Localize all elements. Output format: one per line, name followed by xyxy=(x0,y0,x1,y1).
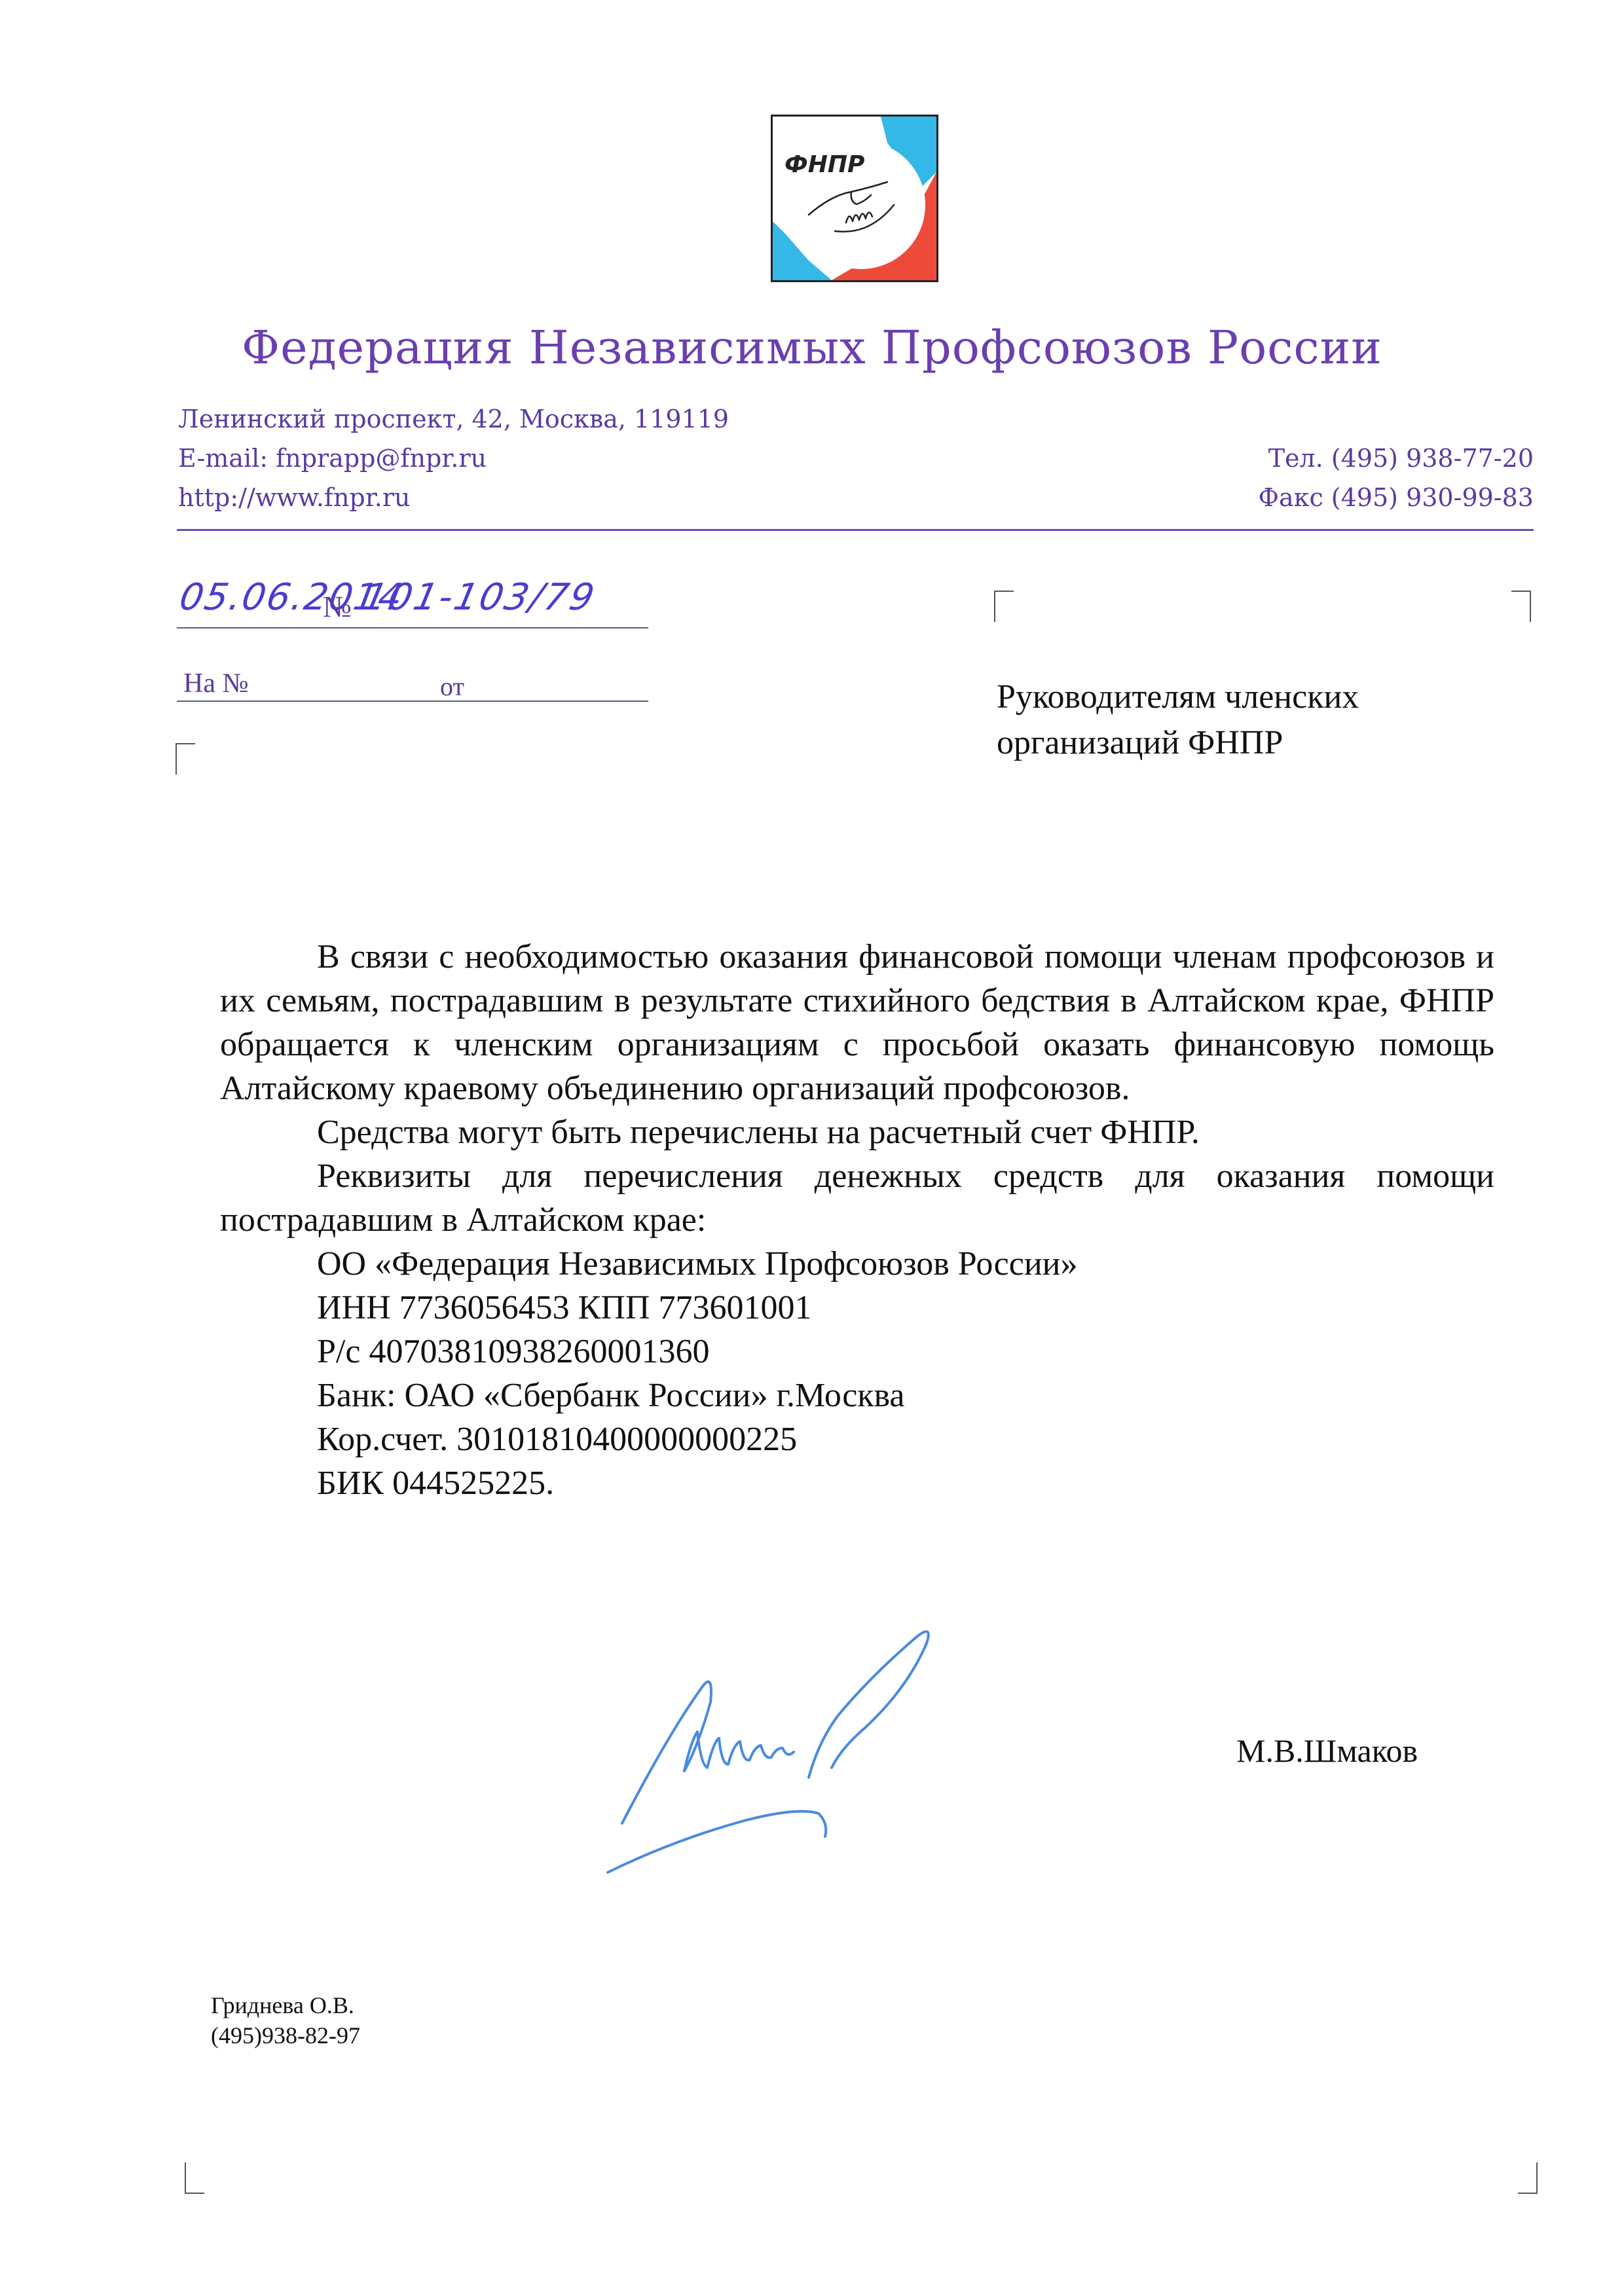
number-sign: № xyxy=(323,589,352,624)
outgoing-number: 101-103/79 xyxy=(359,576,600,619)
handwritten-signature xyxy=(576,1617,1113,1892)
website-link[interactable]: http://www.fnpr.ru xyxy=(178,478,729,517)
addressee-block: Руководителям членских организаций ФНПР xyxy=(997,674,1359,766)
executor-block: Гриднева О.В. (495)938-82-97 xyxy=(211,1990,360,2050)
handshake-emblem-icon: ФНПР xyxy=(773,117,936,280)
signer-name: М.В.Шмаков xyxy=(1236,1732,1418,1770)
fnpr-logo: ФНПР xyxy=(771,115,938,282)
corner-mark-bottom-left xyxy=(185,2162,204,2194)
letter-body: В связи с необходимостью оказания финанс… xyxy=(220,935,1494,1505)
address: Ленинский проспект, 42, Москва, 119119 xyxy=(178,399,729,439)
bank-detail-bank: Банк: ОАО «Сбербанк России» г.Москва xyxy=(317,1374,1494,1417)
bank-detail-account: Р/с 40703810938260001360 xyxy=(317,1330,1494,1374)
corner-mark-bottom-right xyxy=(1518,2162,1538,2194)
organization-name: Федерация Независимых Профсоюзов России xyxy=(0,321,1624,374)
fax: Факс (495) 930-99-83 xyxy=(1259,478,1534,517)
contact-block-left: Ленинский проспект, 42, Москва, 119119 E… xyxy=(178,399,729,517)
corner-mark-top-right-addressee xyxy=(1511,591,1531,622)
bank-detail-corr-account: Кор.счет. 30101810400000000225 xyxy=(317,1417,1494,1461)
executor-name: Гриднева О.В. xyxy=(211,1990,360,2020)
reference-number-label: На № xyxy=(183,668,249,699)
addressee-line: организаций ФНПР xyxy=(997,720,1359,766)
bank-detail-bik: БИК 044525225. xyxy=(317,1461,1494,1505)
corner-mark-top-left-subject xyxy=(175,743,195,774)
bank-detail-recipient: ОО «Федерация Независимых Профсоюзов Рос… xyxy=(317,1242,1494,1286)
phone: Тел. (495) 938-77-20 xyxy=(1259,439,1534,478)
contact-block-right: Тел. (495) 938-77-20 Факс (495) 930-99-8… xyxy=(1259,439,1534,517)
letterhead-divider xyxy=(177,529,1534,531)
corner-mark-top-left-addressee xyxy=(994,591,1014,622)
reference-underline xyxy=(177,701,648,702)
body-paragraph: В связи с необходимостью оказания финанс… xyxy=(220,935,1494,1110)
addressee-line: Руководителям членских xyxy=(997,674,1359,720)
executor-phone: (495)938-82-97 xyxy=(211,2020,360,2050)
registration-underline xyxy=(177,627,648,629)
logo-abbreviation: ФНПР xyxy=(784,151,864,178)
signature-scribble-icon xyxy=(576,1617,1113,1892)
body-paragraph: Реквизиты для перечисления денежных сред… xyxy=(220,1154,1494,1242)
reference-from-label: от xyxy=(440,671,464,702)
bank-detail-inn-kpp: ИНН 7736056453 КПП 773601001 xyxy=(317,1286,1494,1330)
body-paragraph: Средства могут быть перечислены на расче… xyxy=(220,1110,1494,1154)
email-link[interactable]: E-mail: fnprapp@fnpr.ru xyxy=(178,439,729,478)
bank-details: ОО «Федерация Независимых Профсоюзов Рос… xyxy=(220,1242,1494,1505)
